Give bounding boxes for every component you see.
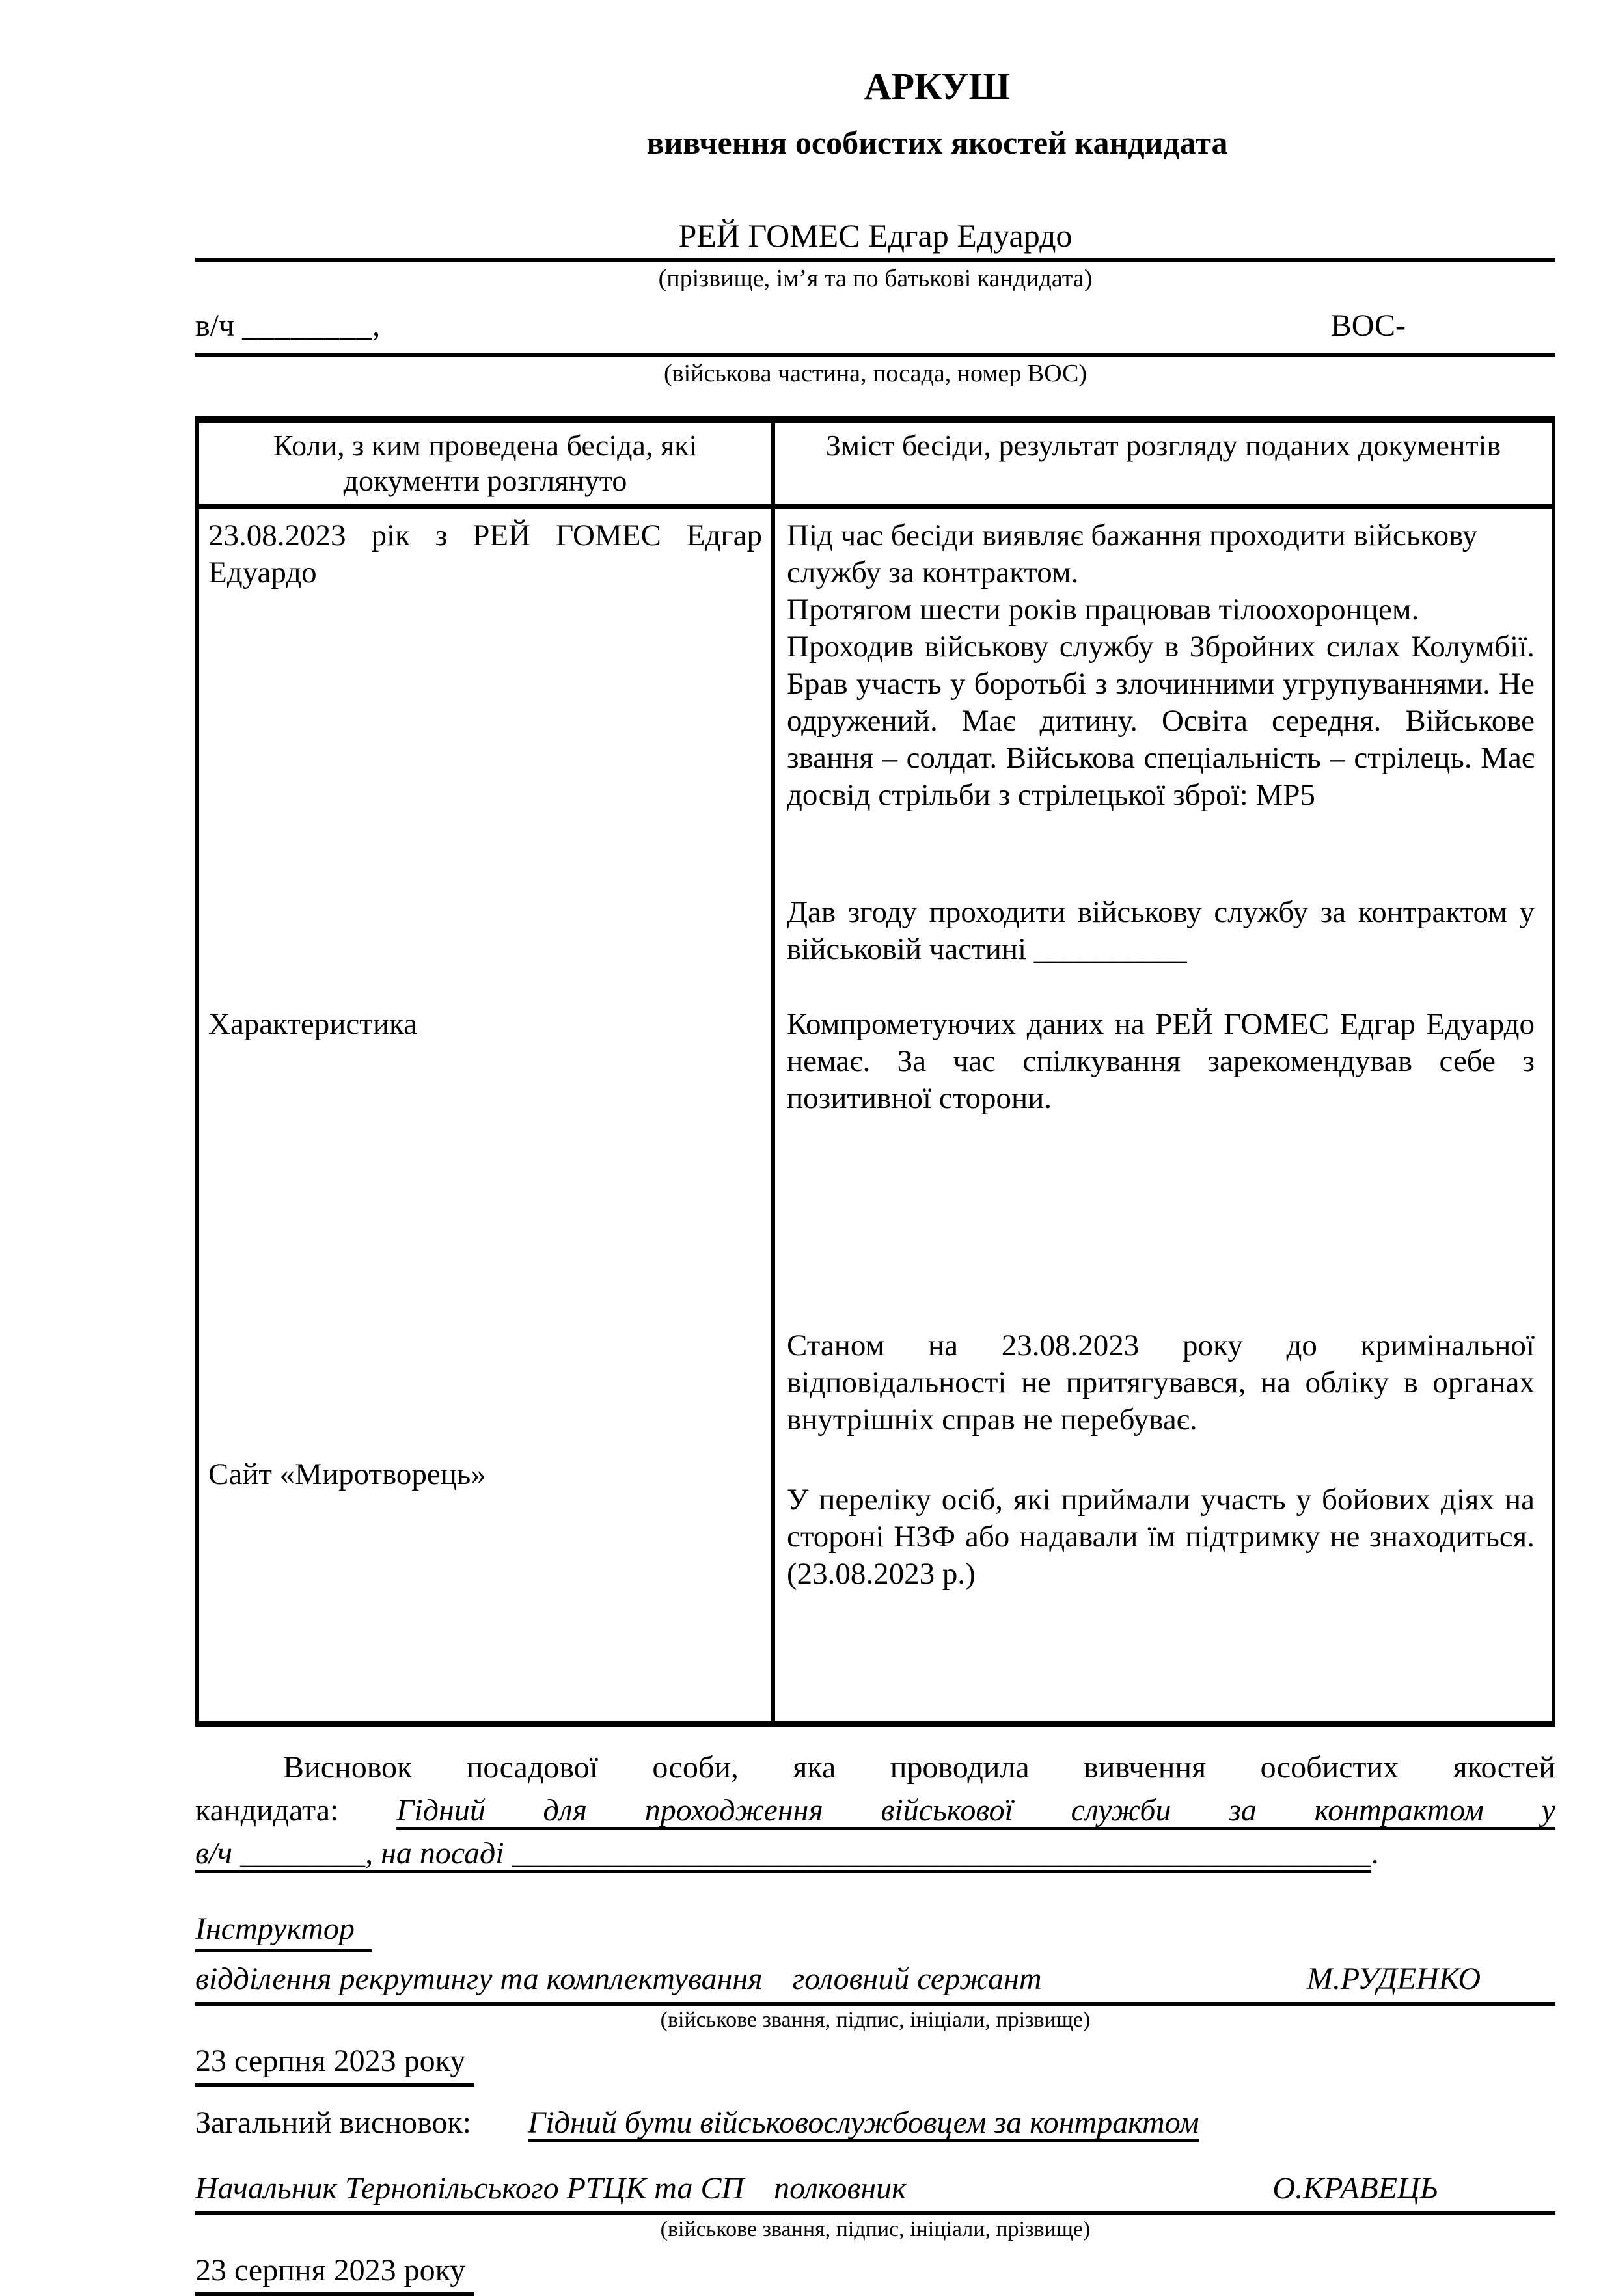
scanned-document-page: АРКУШ вивчення особистих якостей кандида… [0,0,1614,2282]
conclusion-line-1: Висновок посадової особи, яка проводила … [195,1746,1555,1789]
table-body-row: 23.08.2023 рік з РЕЙ ГОМЕС Едгар Едуардо… [199,509,1552,1721]
col-header-interview: Коли, з ким проведена бесіда, які докуме… [199,423,775,504]
commander-signature-block: Начальник Тернопільського РТЦК та СП пол… [195,2171,1555,2296]
consent-statement: Дав згоду проходити військову службу за … [787,894,1535,968]
characteristic-label: Характеристика [208,1006,762,1043]
myrotvorets-site-label: Сайт «Миротворець» [208,1456,762,1493]
document-subtitle: вивчення особистих якостей кандидата [195,124,1555,161]
signature-caption-2: (військове звання, підпис, ініціали, прі… [195,2217,1555,2243]
candidate-name-caption: (прізвище, ім’я та по батькові кандидата… [195,264,1555,293]
work-experience-statement: Протягом шести років працював тілоохорон… [787,591,1535,628]
conclusion-fit-statement: Гідний для проходження військової служби… [396,1793,1555,1828]
vos-label: ВОС- [1331,308,1406,344]
criminal-record-statement: Станом на 23.08.2023 року до кримінально… [787,1327,1535,1438]
unit-caption: (військова частина, посада, номер ВОС) [195,359,1555,388]
sergeant-rank-label: головний сержант [793,1962,1042,1997]
table-header-row: Коли, з ким проведена бесіда, які докуме… [199,423,1552,509]
document-header: АРКУШ вивчення особистих якостей кандида… [195,65,1555,388]
rudenko-name: М.РУДЕНКО [1307,1962,1481,1997]
kravets-name: О.КРАВЕЦЬ [1272,2171,1438,2206]
unit-comma: , [372,308,380,344]
compromising-data-statement: Компрометуючих даних на РЕЙ ГОМЕС Едгар … [787,1006,1535,1117]
conclusion-line-2: кандидата: Гідний для проходження військ… [195,1789,1555,1832]
instructor-role: Інструктор [195,1911,372,1952]
commander-role-label: Начальник Тернопільського РТЦК та СП [195,2171,744,2206]
date-2-value: 23 серпня 2023 року [195,2253,474,2296]
signature-date-1: 23 серпня 2023 року [195,2044,1555,2087]
overall-conclusion-line: Загальний висновок: Гідний бути військов… [195,2105,1555,2141]
recruiting-department-label: відділення рекрутингу та комплектування [195,1962,763,1997]
interview-table: Коли, з ким проведена бесіда, які докуме… [195,416,1555,1727]
commander-signature-line: Начальник Тернопільського РТЦК та СП пол… [195,2171,1555,2215]
signature-caption-1: (військове звання, підпис, ініціали, прі… [195,2007,1555,2033]
unit-label: в/ч [195,308,234,344]
instructor-signature-line: відділення рекрутингу та комплектування … [195,1962,1555,2006]
instructor-role-line: Інструктор [195,1911,1555,1952]
unit-vos-line: в/ч ________, ВОС- [195,308,1555,357]
service-background-statement: Проходив військову службу в Збройних сил… [787,628,1535,814]
col-header-content: Зміст бесіди, результат розгляду поданих… [775,423,1552,504]
interview-left-column: 23.08.2023 рік з РЕЙ ГОМЕС Едгар Едуардо… [199,509,775,1721]
colonel-rank-label: полковник [774,2171,906,2206]
interview-right-column: Під час бесіди виявляє бажання проходити… [775,509,1552,1721]
candidate-name: РЕЙ ГОМЕС Едгар Едуардо [678,217,1072,254]
conclusion-unit-position-blank: в/ч ________, на посаді ________________… [195,1836,1371,1871]
candidate-name-line: РЕЙ ГОМЕС Едгар Едуардо [195,217,1555,262]
official-conclusion: Висновок посадової особи, яка проводила … [195,1746,1555,1875]
desire-statement: Під час бесіди виявляє бажання проходити… [787,517,1535,591]
interview-date-entry: 23.08.2023 рік з РЕЙ ГОМЕС Едгар Едуардо [208,517,762,591]
overall-conclusion-value: Гідний бути військовослужбовцем за контр… [528,2105,1199,2140]
conclusion-period: . [1371,1836,1379,1871]
myrotvorets-check-statement: У переліку осіб, які приймали участь у б… [787,1481,1535,1593]
date-1-value: 23 серпня 2023 року [195,2044,474,2087]
signature-date-2: 23 серпня 2023 року [195,2253,1555,2296]
overall-conclusion-label: Загальний висновок: [195,2105,471,2140]
conclusion-label: кандидата: [195,1793,338,1828]
conclusion-line-3: в/ч ________, на посаді ________________… [195,1832,1555,1875]
unit-number-blank: ________ [242,308,372,344]
document-title: АРКУШ [195,65,1555,108]
